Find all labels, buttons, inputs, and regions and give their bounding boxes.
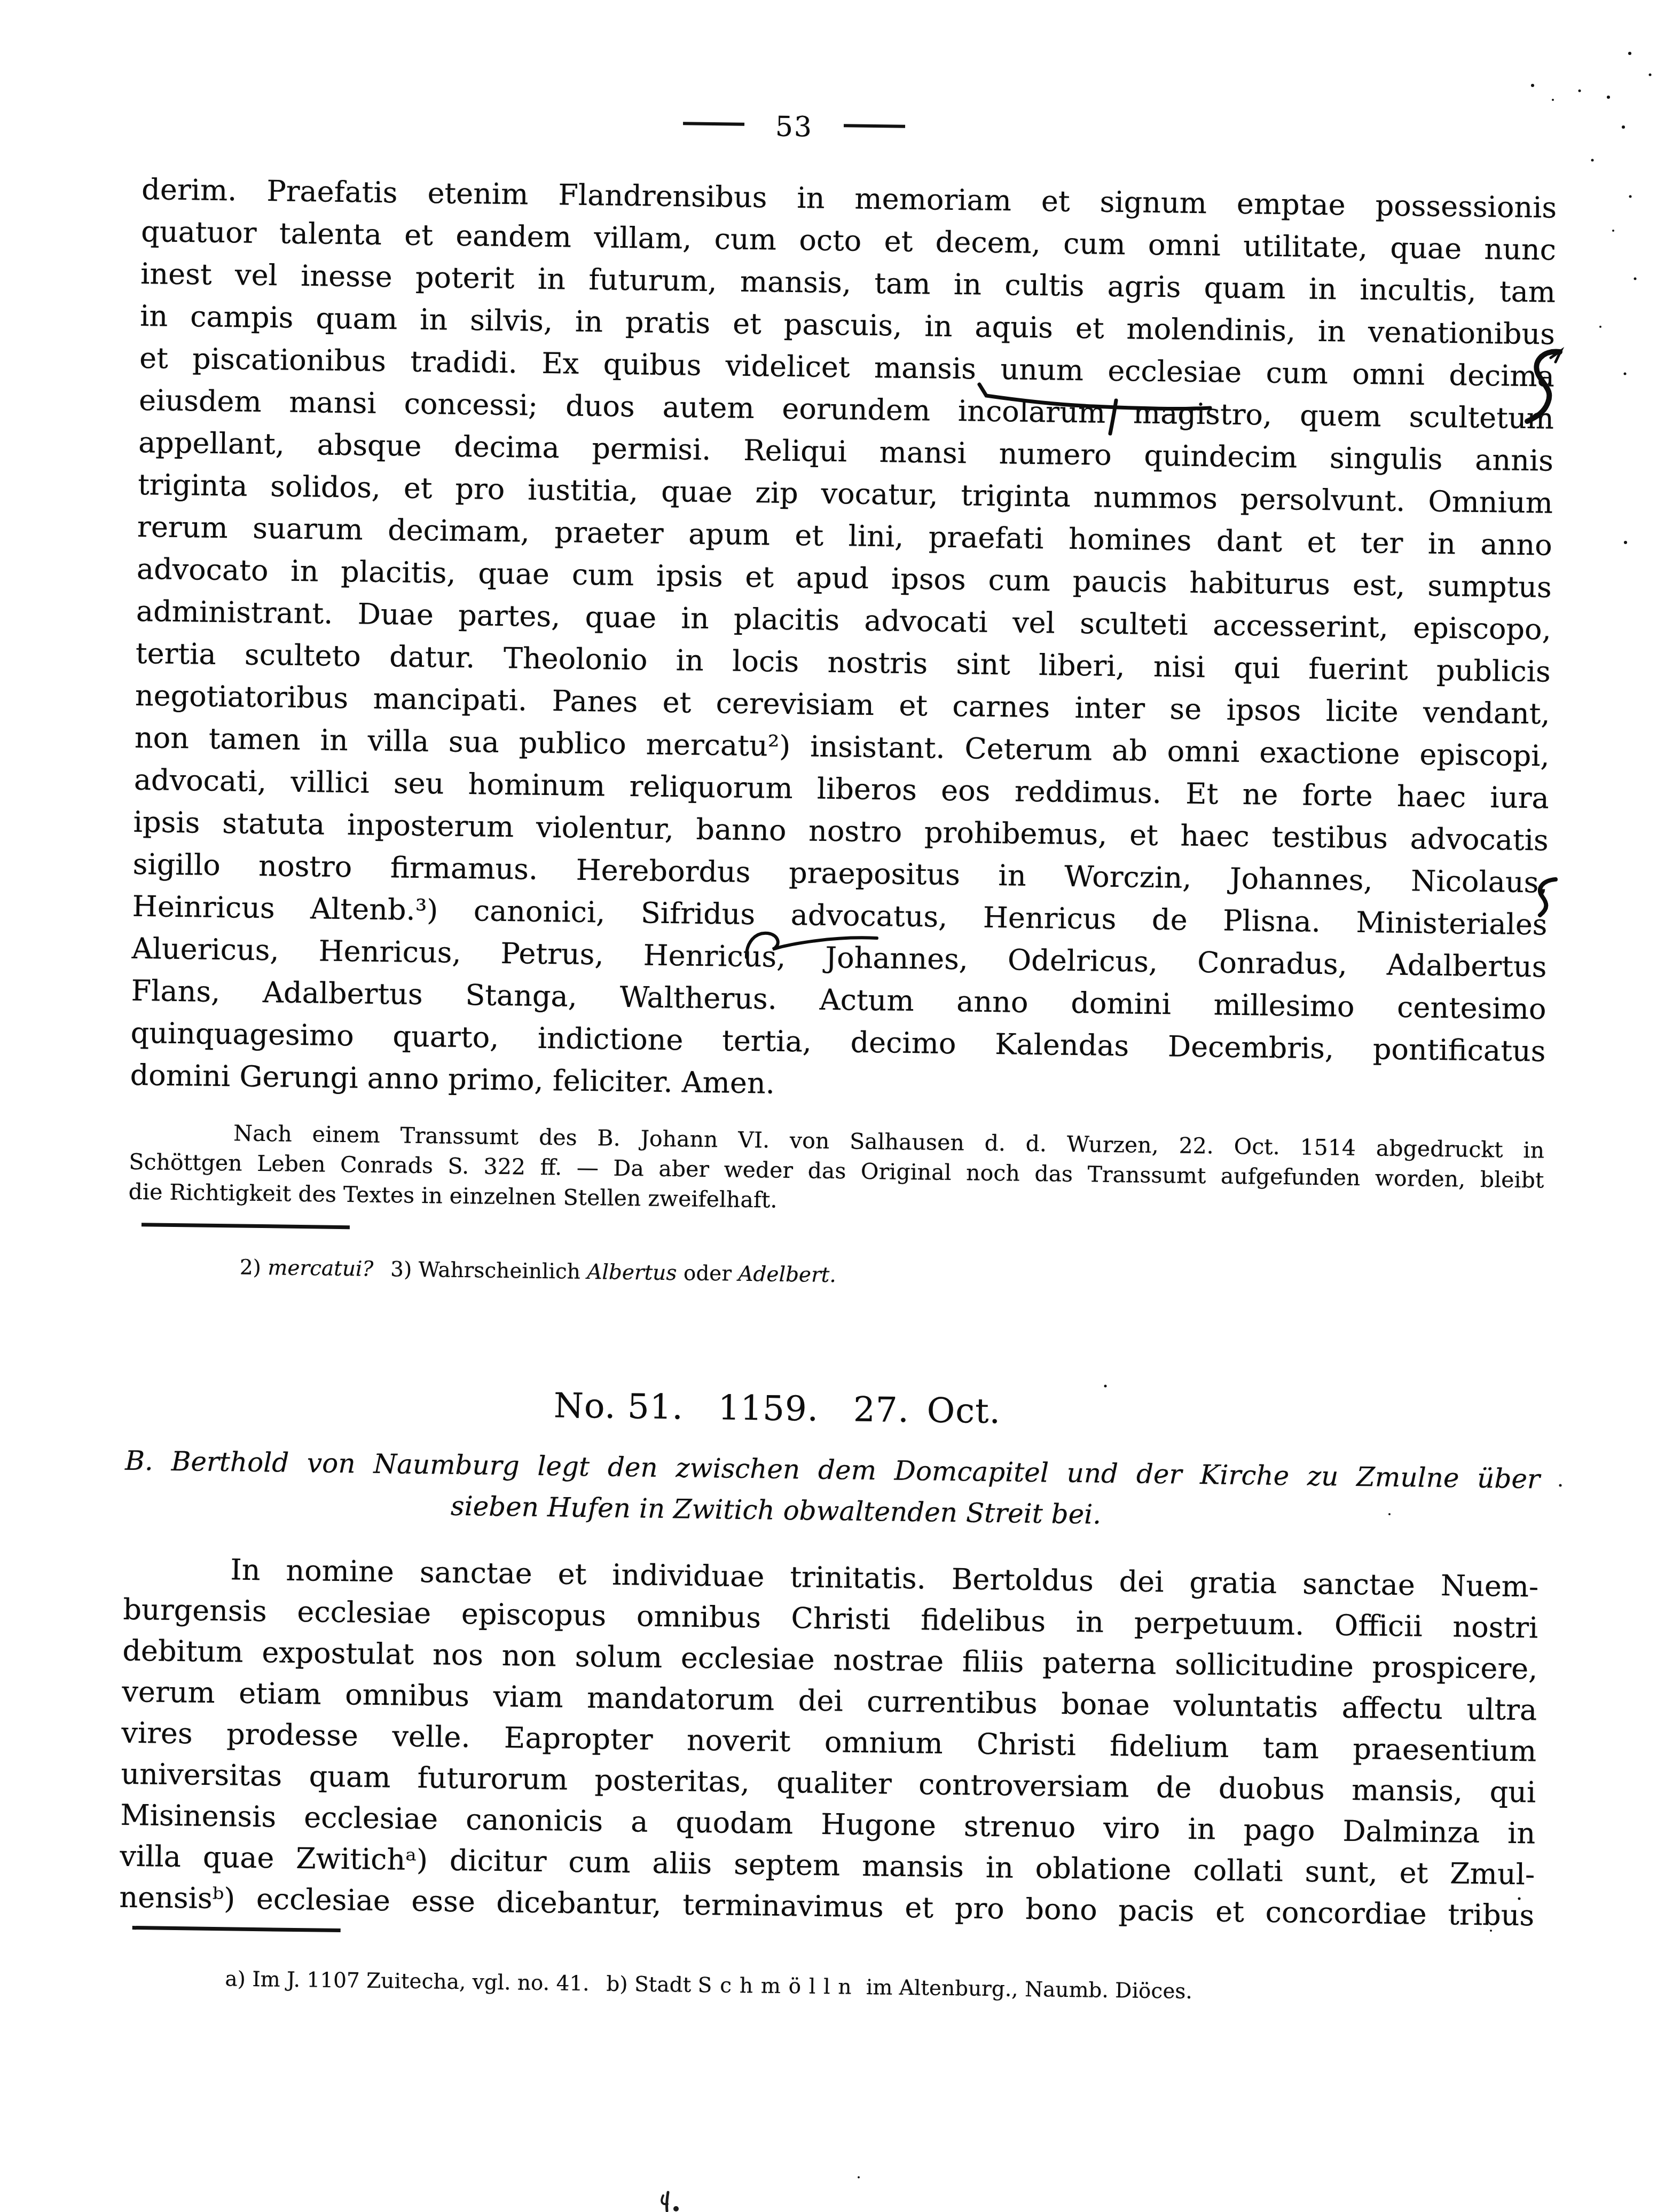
editorial-note: Nach einem Transsumt des B. Johann VI. v… — [128, 1117, 1544, 1225]
footnote-separator-2 — [132, 1926, 341, 1932]
footnote-separator-1 — [142, 1223, 350, 1229]
footnote-text-part: oder — [677, 1261, 739, 1286]
latin-paragraph-2: In nomine sanctae et individuae trinitat… — [119, 1548, 1539, 1937]
footnote-text-part: Schmölln — [697, 1973, 859, 2000]
bottom-pencil-scribble — [662, 2192, 679, 2211]
footnote-text-part: im Altenburg., Naumb. Diöces. — [859, 1975, 1192, 2004]
footnote-text-part: 2) — [240, 1256, 268, 1280]
footnote-text-part: a) Im J. 1107 Zuitecha, vgl. no. 41. b) … — [225, 1967, 698, 1997]
page-number: 53 — [775, 112, 813, 142]
page-header: 53 — [143, 101, 1446, 150]
entry-summary-line-2: sieben Hufen in Zwitich obwaltenden Stre… — [124, 1485, 1428, 1536]
scanned-book-page: 53 derim. Praefatis etenim Flandrensibus… — [0, 0, 1657, 2212]
footnote-text-part: Adelbert. — [738, 1262, 836, 1287]
footnote-1: 2) mercatui? 3) Wahrscheinlich Albertus … — [128, 1253, 1543, 1298]
latin-paragraph-1: derim. Praefatis etenim Flandrensibus in… — [130, 168, 1557, 1115]
footnote-2: a) Im J. 1107 Zuitecha, vgl. no. 41. b) … — [118, 1965, 1533, 2010]
page-content: 53 derim. Praefatis etenim Flandrensibus… — [144, 0, 1559, 19]
entry-heading: No. 51. 1159. 27. Oct. — [125, 1382, 1429, 1436]
footnote-text-part: Albertus — [587, 1260, 677, 1285]
footnote-text-part: mercatui? — [268, 1256, 374, 1281]
footnote-text-part: 3) Wahrscheinlich — [373, 1257, 587, 1284]
header-dash-right-icon — [844, 124, 905, 128]
header-dash-left-icon — [683, 122, 744, 126]
